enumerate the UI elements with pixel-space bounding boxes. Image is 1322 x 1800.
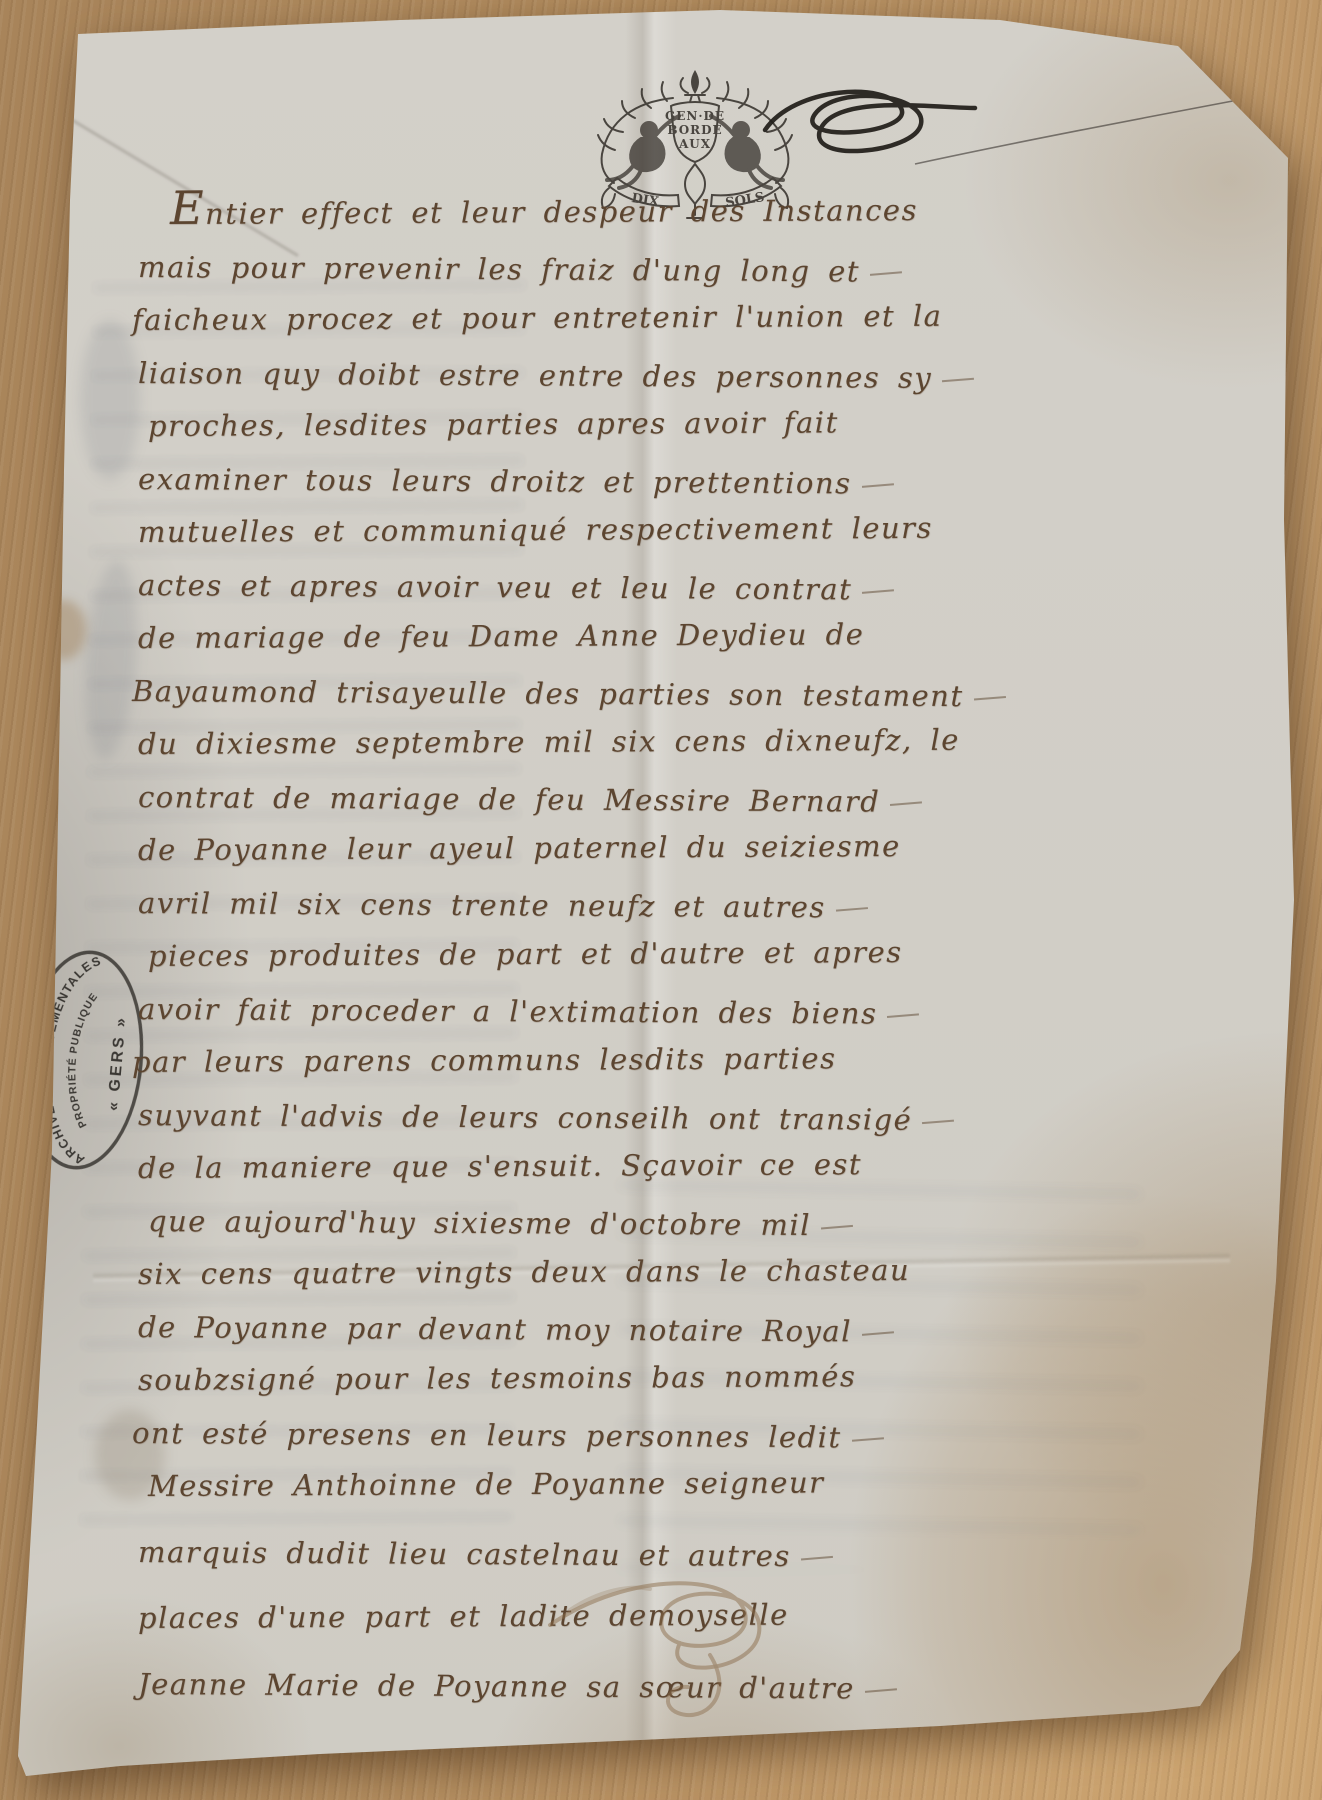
- text-line: de Poyanne leur ayeul paternel du seizie…: [138, 819, 1158, 877]
- smudge: [80, 320, 140, 480]
- text-line: pieces produites de part et d'autre et a…: [148, 925, 1158, 983]
- parchment-sheet: GEN·DE BORDE AUX: [0, 0, 1322, 1800]
- archive-stamp-center-text: « GERS »: [105, 1014, 130, 1111]
- manuscript-text: Entier effect et leur despeur des Instan…: [138, 182, 1158, 1711]
- svg-text:PROPRIÉTÉ PUBLIQUE: PROPRIÉTÉ PUBLIQUE: [60, 989, 101, 1131]
- photograph-of-manuscript: { "colors": { "wood_table": "#b28c5e", "…: [0, 0, 1322, 1800]
- text-line: de mariage de feu Dame Anne Deydieu de: [138, 607, 1158, 665]
- notary-paraph-icon: [510, 1555, 840, 1735]
- text-line: six cens quatre vingts deux dans le chas…: [138, 1243, 1158, 1301]
- stamp-shield-text-3: AUX: [678, 137, 711, 151]
- text-line: Entier effect et leur despeur des Instan…: [170, 177, 1158, 241]
- text-line: du dixiesme septembre mil six cens dixne…: [138, 713, 1158, 771]
- text-line: mutuelles et communiqué respectivement l…: [138, 501, 1158, 559]
- fleur-de-lis-icon: [681, 72, 710, 102]
- stamp-shield: GEN·DE BORDE AUX: [665, 102, 725, 162]
- text-line: soubzsigné pour les tesmoins bas nommés: [138, 1349, 1158, 1407]
- text-line: proches, lesdites parties apres avoir fa…: [148, 395, 1158, 453]
- notary-paraph-icon: [735, 68, 1305, 188]
- text-line: de la maniere que s'ensuit. Sçavoir ce e…: [138, 1137, 1158, 1195]
- text-line: par leurs parens communs lesdits parties: [132, 1031, 1158, 1089]
- archive-stamp-inner-text: PROPRIÉTÉ PUBLIQUE: [60, 989, 101, 1131]
- ink-stain: [40, 600, 86, 660]
- stamp-shield-text-2: BORDE: [667, 123, 722, 137]
- text-line: Messire Anthoinne de Poyanne seigneur: [148, 1455, 1158, 1513]
- parchment-surface: GEN·DE BORDE AUX: [0, 0, 1322, 1800]
- text-line: faicheux procez et pour entretenir l'uni…: [132, 289, 1158, 347]
